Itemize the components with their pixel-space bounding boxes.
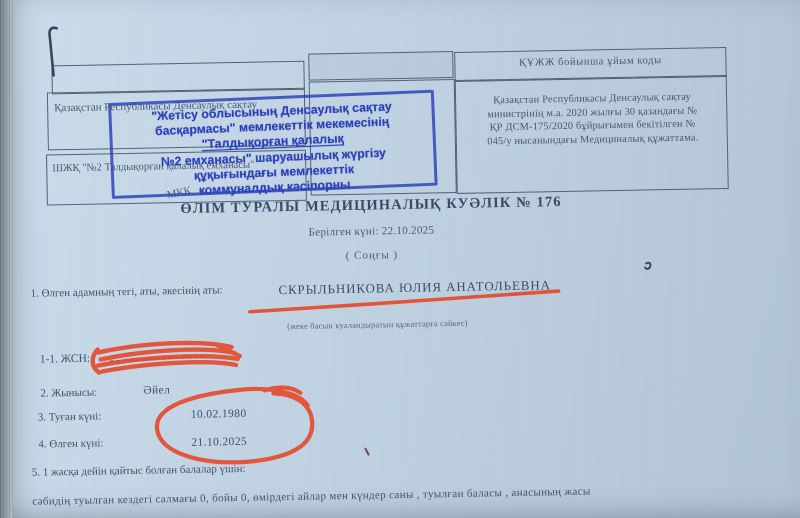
deceased-name-value: СКРЫЛЬНИКОВА ЮЛИЯ АНАТОЛЬЕВНА xyxy=(278,278,551,298)
redacted-iin-digits xyxy=(110,357,207,362)
infant-section-line: сәбидің туылған кездегі салмағы 0, бойы … xyxy=(32,484,692,508)
death-certificate: ҚҰЖЖ бойынша ұйым коды Қазақстан Республ… xyxy=(0,0,800,518)
sex-label: 2. Жынысы: xyxy=(40,387,97,400)
header-cell-ministry-note: Қазақстан Республикасы Денсаулық сақтау … xyxy=(455,75,729,194)
ink-dot xyxy=(645,263,650,269)
iin-label: 1-1. ЖСН: xyxy=(40,353,90,366)
header-cell-code-box xyxy=(308,51,453,81)
birth-date-label: 3. Туған күні: xyxy=(38,410,102,423)
deceased-name-note: (жеке басын куәландыратын құжаттарға сәй… xyxy=(287,319,468,331)
deceased-name-label: 1. Өлген адамның тегі, аты, әкесінің аты… xyxy=(30,283,250,302)
sex-value: Әйел xyxy=(143,384,170,396)
certificate-kind-line: ( Соңғы ) xyxy=(0,243,744,269)
infant-section-label: 5. 1 жасқа дейін қайтыс болған балалар ү… xyxy=(32,463,246,479)
birth-date-value: 10.02.1980 xyxy=(191,408,247,421)
dates-circle-annotation xyxy=(156,387,313,464)
ministry-approval-text: Қазақстан Республикасы Денсаулық сақтау … xyxy=(456,76,727,149)
redaction-scribble xyxy=(92,342,240,373)
death-date-label: 4. Өлген күні: xyxy=(38,437,103,450)
stray-mark xyxy=(365,449,368,455)
photo-of-document: ҚҰЖЖ бойынша ұйым коды Қазақстан Республ… xyxy=(0,0,800,518)
issue-date-line: Берілген күні: 22.10.2025 xyxy=(0,219,744,245)
organization-stamp: "Жетісу облысының Денсаулық сақтау басқа… xyxy=(108,90,438,199)
org-code-label: ҚҰЖЖ бойынша ұйым коды xyxy=(519,55,662,69)
death-date-value: 21.10.2025 xyxy=(191,436,247,449)
